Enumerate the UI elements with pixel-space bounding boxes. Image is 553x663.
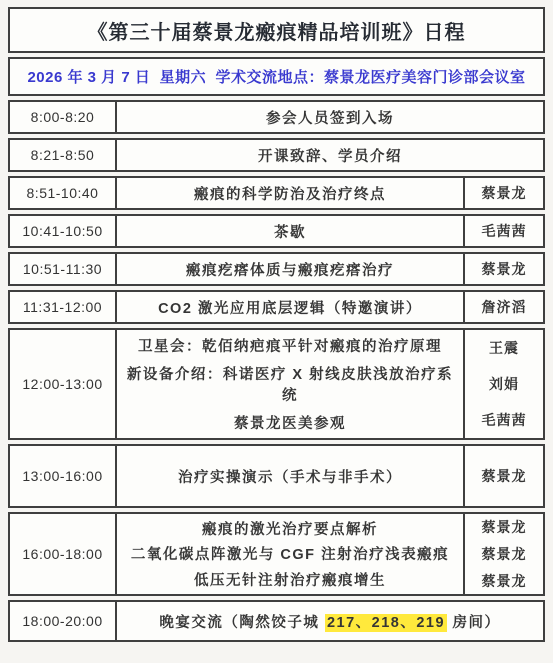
schedule-row-satellite: 12:00-13:00 卫星会：乾佰纳疤痕平针对瘢痕的治疗原理 新设备介绍：科诺…	[8, 328, 545, 440]
speaker-cell: 蔡景龙 蔡景龙 蔡景龙	[463, 514, 543, 594]
topic-cell: 卫星会：乾佰纳疤痕平针对瘢痕的治疗原理 新设备介绍：科诺医疗 X 射线皮肤浅放治…	[117, 330, 463, 438]
time-cell: 8:51-10:40	[10, 178, 117, 208]
schedule-row-teabreak: 10:41-10:50 茶歇 毛茜茜	[8, 214, 545, 248]
speaker-line: 毛茜茜	[465, 408, 543, 432]
time-cell: 16:00-18:00	[10, 514, 117, 594]
dinner-text-prefix: 晚宴交流（陶然饺子城	[159, 615, 325, 631]
schedule-row-lecture1: 8:51-10:40 瘢痕的科学防治及治疗终点 蔡景龙	[8, 176, 545, 210]
schedule-title-box: 《第三十届蔡景龙瘢痕精品培训班》日程	[8, 7, 545, 53]
schedule-row-laser: 16:00-18:00 瘢痕的激光治疗要点解析 二氧化碳点阵激光与 CGF 注射…	[8, 512, 545, 596]
speaker-cell: 蔡景龙	[463, 178, 543, 208]
time-cell: 12:00-13:00	[10, 330, 117, 438]
schedule-sheet: 《第三十届蔡景龙瘢痕精品培训班》日程 2026 年 3 月 7 日 星期六 学术…	[0, 0, 553, 663]
topic-cell: 开课致辞、学员介绍	[117, 140, 543, 170]
topic-line: 二氧化碳点阵激光与 CGF 注射治疗浅表瘢痕	[123, 541, 457, 566]
topic-cell: 瘢痕疙瘩体质与瘢痕疙瘩治疗	[117, 254, 463, 284]
topic-line: 瘢痕的激光治疗要点解析	[123, 516, 457, 541]
time-cell: 18:00-20:00	[10, 602, 117, 640]
topic-cell: 瘢痕的激光治疗要点解析 二氧化碳点阵激光与 CGF 注射治疗浅表瘢痕 低压无针注…	[117, 514, 463, 594]
schedule-row-lecture3: 11:31-12:00 CO2 激光应用底层逻辑（特邀演讲） 詹济滔	[8, 290, 545, 324]
speaker-cell: 蔡景龙	[463, 446, 543, 506]
time-cell: 8:21-8:50	[10, 140, 117, 170]
dinner-text-suffix: 房间）	[447, 615, 501, 631]
topic-cell: 瘢痕的科学防治及治疗终点	[117, 178, 463, 208]
topic-line: 卫星会：乾佰纳疤痕平针对瘢痕的治疗原理	[123, 333, 457, 358]
speaker-line: 蔡景龙	[465, 515, 543, 539]
topic-cell: 茶歇	[117, 216, 463, 246]
date-location-text: 2026 年 3 月 7 日 星期六 学术交流地点：蔡景龙医疗美容门诊部会议室	[27, 66, 525, 87]
topic-line: 蔡景龙医美参观	[123, 410, 457, 435]
topic-line: 低压无针注射治疗瘢痕增生	[123, 567, 457, 592]
speaker-cell: 詹济滔	[463, 292, 543, 322]
speaker-line: 王震	[465, 336, 543, 360]
room-numbers-highlight: 217、218、219	[325, 614, 447, 632]
schedule-row-opening: 8:21-8:50 开课致辞、学员介绍	[8, 138, 545, 172]
speaker-cell: 毛茜茜	[463, 216, 543, 246]
date-location-box: 2026 年 3 月 7 日 星期六 学术交流地点：蔡景龙医疗美容门诊部会议室	[8, 57, 545, 96]
time-cell: 8:00-8:20	[10, 102, 117, 132]
speaker-cell: 蔡景龙	[463, 254, 543, 284]
schedule-row-demo: 13:00-16:00 治疗实操演示（手术与非手术） 蔡景龙	[8, 444, 545, 508]
topic-line: 新设备介绍：科诺医疗 X 射线皮肤浅放治疗系统	[123, 361, 457, 407]
time-cell: 11:31-12:00	[10, 292, 117, 322]
schedule-row-signin: 8:00-8:20 参会人员签到入场	[8, 100, 545, 134]
time-cell: 13:00-16:00	[10, 446, 117, 506]
topic-cell: 治疗实操演示（手术与非手术）	[117, 446, 463, 506]
speaker-cell: 王震 刘娟 毛茜茜	[463, 330, 543, 438]
dinner-topic-line: 晚宴交流（陶然饺子城 217、218、219 房间）	[123, 611, 537, 632]
page-title: 《第三十届蔡景龙瘢痕精品培训班》日程	[88, 16, 466, 45]
speaker-line: 刘娟	[465, 372, 543, 396]
schedule-row-dinner: 18:00-20:00 晚宴交流（陶然饺子城 217、218、219 房间）	[8, 600, 545, 642]
speaker-line: 蔡景龙	[465, 542, 543, 566]
speaker-line: 蔡景龙	[465, 569, 543, 593]
topic-cell: CO2 激光应用底层逻辑（特邀演讲）	[117, 292, 463, 322]
schedule-row-lecture2: 10:51-11:30 瘢痕疙瘩体质与瘢痕疙瘩治疗 蔡景龙	[8, 252, 545, 286]
time-cell: 10:51-11:30	[10, 254, 117, 284]
topic-cell: 参会人员签到入场	[117, 102, 543, 132]
time-cell: 10:41-10:50	[10, 216, 117, 246]
topic-cell: 晚宴交流（陶然饺子城 217、218、219 房间）	[117, 602, 543, 640]
